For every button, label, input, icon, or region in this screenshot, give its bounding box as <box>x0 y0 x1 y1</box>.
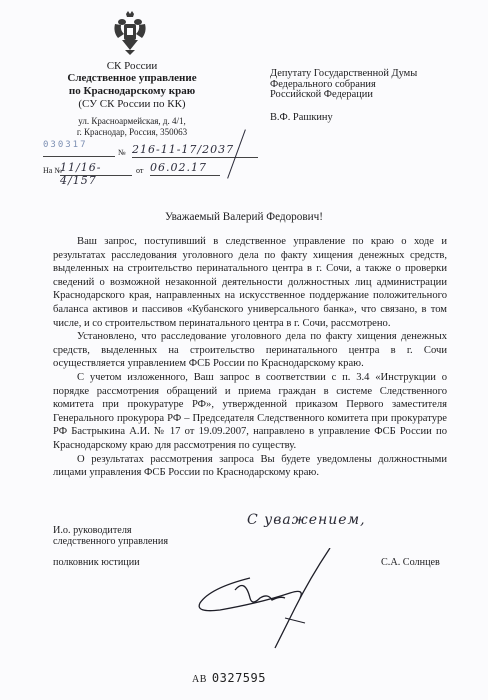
signer-post-line2: следственного управления <box>53 536 168 547</box>
addressee-line3: Российской Федерации <box>270 90 417 101</box>
addressee-block: Депутату Государственной Думы Федерально… <box>270 69 417 123</box>
reference-date: 06.02.17 <box>150 161 220 176</box>
serial-number: 0327595 <box>212 671 266 685</box>
body-paragraph: О результатах рассмотрения запроса Вы бу… <box>53 453 447 480</box>
salutation: Уважаемый Валерий Федорович! <box>0 211 488 223</box>
sender-address: ул. Красноармейская, д. 4/1, г. Краснода… <box>40 116 224 137</box>
handwritten-regards-note: С уважением, <box>247 512 366 528</box>
reference-date-label: от <box>136 166 143 175</box>
serial-prefix: АВ <box>192 674 207 685</box>
registration-stamp-number: 030317 <box>43 140 88 150</box>
address-line2: г. Краснодар, Россия, 350063 <box>40 127 224 138</box>
signer-post-line1: И.о. руководителя <box>53 525 168 536</box>
addressee-name: В.Ф. Рашкину <box>270 113 417 124</box>
address-line1: ул. Красноармейская, д. 4/1, <box>40 116 224 127</box>
body-paragraph: Установлено, что расследование уголовног… <box>53 330 447 371</box>
form-serial-number: АВ0327595 <box>192 671 266 685</box>
signer-name: С.А. Солнцев <box>381 557 440 568</box>
letter-body: Ваш запрос, поступивший в следственное у… <box>53 235 447 480</box>
addressee-line1: Депутату Государственной Думы <box>270 69 417 80</box>
org-name-line1: Следственное управление <box>40 72 224 85</box>
org-short: СК России <box>40 60 224 72</box>
signer-rank: полковник юстиции <box>53 557 140 568</box>
registration-line <box>43 156 115 157</box>
reference-number: 11/16-4/157 <box>60 161 132 176</box>
body-paragraph: С учетом изложенного, Ваш запрос в соотв… <box>53 371 447 453</box>
sender-organization: СК России Следственное управление по Кра… <box>40 60 224 111</box>
number-label: № <box>118 148 126 157</box>
handwritten-signature-icon <box>190 548 340 658</box>
signer-post: И.о. руководителя следственного управлен… <box>53 525 168 547</box>
double-headed-eagle-emblem-icon <box>112 10 148 56</box>
body-paragraph: Ваш запрос, поступивший в следственное у… <box>53 235 447 330</box>
org-name-line2: по Краснодарскому краю <box>40 85 224 98</box>
org-abbr: (СУ СК России по КК) <box>40 98 224 111</box>
